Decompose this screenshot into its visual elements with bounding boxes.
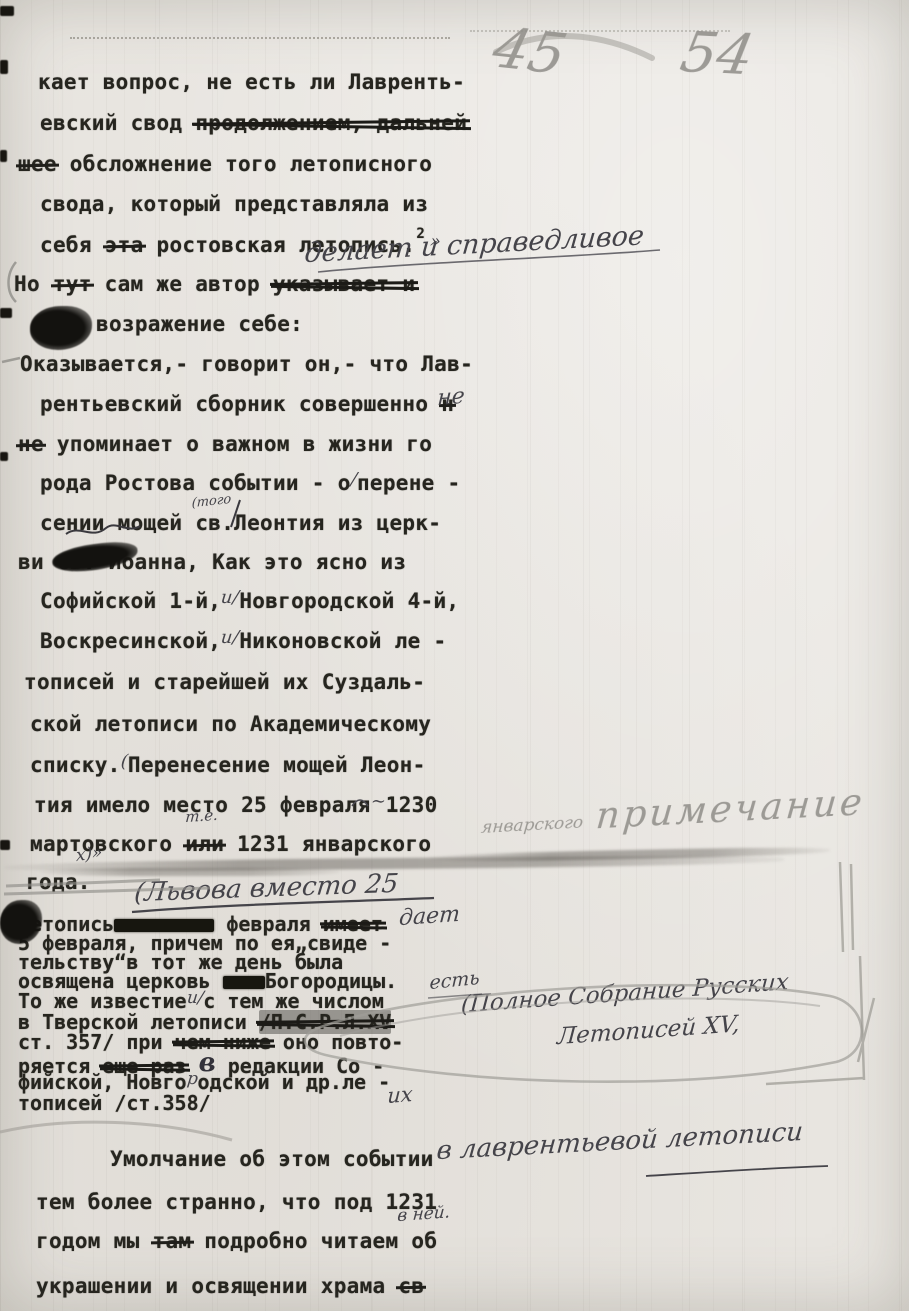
pencil-smear [40,868,340,876]
typed-segment-strike: тут [53,272,92,296]
typed-segment: Новгородской 4-й, [239,589,459,613]
typed-segment: Перенесение мощей Леон- [128,753,426,777]
handwritten-note: 54 [675,20,759,88]
bleed-through-dots [70,37,450,39]
redaction-bar [223,976,265,989]
typed-segment-hand: и/ [220,627,240,648]
typed-segment: Иоанна, Как это ясно из [96,550,407,574]
typed-segment: Умолчание об этом событии [110,1147,434,1171]
typed-line: Софийской 1-й,и/Новгородской 4-й, [40,589,459,613]
typed-segment: Софийской 1-й, [40,589,221,613]
typed-line: возражение себе: [96,312,303,336]
typed-segment: подробно читаем об [191,1229,437,1253]
typed-segment: списку. [30,753,121,777]
handwritten-note: (того [191,492,231,511]
handwritten-note: т.е. [185,806,219,826]
typed-line: рентьевский сборник совершенно н [40,392,454,416]
typed-segment: Никоновской ле - [239,629,446,653]
handwritten-note: в лаврентьевой летописи [435,1117,804,1166]
typed-segment: тем более странно, что под 1231 [36,1190,437,1214]
typed-segment-strike: шее [18,152,57,176]
scan-edge-artifact [0,452,8,461]
typed-segment-heavy: продолжением, дальней [195,111,467,135]
scan-edge-artifact [0,60,8,74]
typed-line: Умолчание об этом событии [110,1147,434,1171]
typed-line: украшении и освящении храма св [36,1274,424,1298]
typed-line: тия имело место 25 февраля~1230 [34,793,438,817]
handwritten-note: январского [480,813,584,838]
typed-segment: кает вопрос, не есть ли Лавренть- [38,70,465,94]
typed-segment: обсложнение того летописного [57,152,432,176]
typed-line: сении мощей св.Леонтия из церк- [40,511,441,535]
typed-segment: годом мы [36,1229,153,1253]
handwritten-note: примечание [594,780,867,837]
typed-segment: украшении и освящении храма [36,1274,398,1298]
typed-line: Оказывается,- говорит он,- что Лав- [20,352,473,376]
typed-segment-heavy: указывает и [273,272,415,296]
typed-line: рода Ростова событии - о/перене - [40,471,461,495]
typed-segment-strike: эта [105,233,144,257]
typed-segment: Оказывается,- говорит он,- что Лав- [20,352,473,376]
typed-segment: себя [40,233,105,257]
typed-segment-hand: ~ [369,791,386,812]
typed-line: тописей и старейшей их Суздаль- [24,670,425,694]
typed-segment-strike: св [398,1274,424,1298]
typed-segment-hand: и/ [220,587,240,608]
typed-line: кает вопрос, не есть ли Лавренть- [38,70,465,94]
typed-line: не упоминает о важном в жизни го [18,432,432,456]
typed-segment: свода, который представляла из [40,192,428,216]
typed-segment: рода Ростова событии - о [40,471,351,495]
handwritten-note: есть [429,967,480,994]
typed-line: тем более странно, что под 1231 [36,1190,437,1214]
typed-line: шее обсложнение того летописного [18,152,432,176]
typed-line: списку.(Перенесение мощей Леон- [30,753,426,777]
typed-segment: тописей и старейшей их Суздаль- [24,670,425,694]
typed-segment: сении мощей св.Леонтия из церк- [40,511,441,535]
typed-line: Воскресинской,и/Никоновской ле - [40,629,446,653]
typed-line: годом мы там подробно читаем об [36,1229,437,1253]
typed-segment: Воскресинской, [40,629,221,653]
ink-blot [30,306,92,350]
typed-segment-hand: и/ [186,988,205,1008]
scan-edge-artifact [0,6,14,16]
typed-segment: сам же автор [92,272,273,296]
typed-line: свода, который представляла из [40,192,428,216]
typed-segment-strike: или [185,832,224,856]
typed-segment: ской летописи по Академическому [30,712,431,736]
handwritten-note: в ней. [397,1202,451,1226]
scan-edge-artifact [0,308,12,318]
typed-segment-strike: там [153,1229,192,1253]
typed-segment: перене - [357,471,461,495]
typed-segment-strike: не [18,432,44,456]
typed-line: ской летописи по Академическому [30,712,431,736]
typed-segment: 1230 [386,793,438,817]
typed-line: евский свод продолжением, дальней [40,111,467,135]
typed-segment: мартовского [30,832,185,856]
handwritten-note: не [437,384,466,412]
typed-segment: упоминает о важном в жизни го [44,432,432,456]
scan-edge-artifact [0,150,7,162]
handwritten-note: Летописей ХV, [556,1011,740,1050]
typed-segment: евский свод [40,111,195,135]
handwritten-note: делает и справедливое [303,220,645,269]
typed-segment: возражение себе: [96,312,303,336]
typed-segment: ви [18,550,57,574]
typed-segment: тописей /ст.358/ [18,1091,211,1115]
handwritten-note: их [387,1082,414,1108]
scanned-document-page: кает вопрос, не есть ли Лавренть-евский … [0,0,909,1311]
typed-segment: 1231 январского [224,832,431,856]
handwritten-note: дает [398,902,461,931]
typed-line: Но тут сам же автор указывает и [14,272,415,296]
typed-segment: рентьевский сборник совершенно [40,392,441,416]
scan-edge-artifact [0,840,10,850]
typed-segment: Но [14,272,53,296]
typed-line: тописей /ст.358/ [18,1091,211,1115]
handwritten-note: 45 [486,16,573,87]
typed-segment: одской и др.ле - [197,1070,390,1094]
